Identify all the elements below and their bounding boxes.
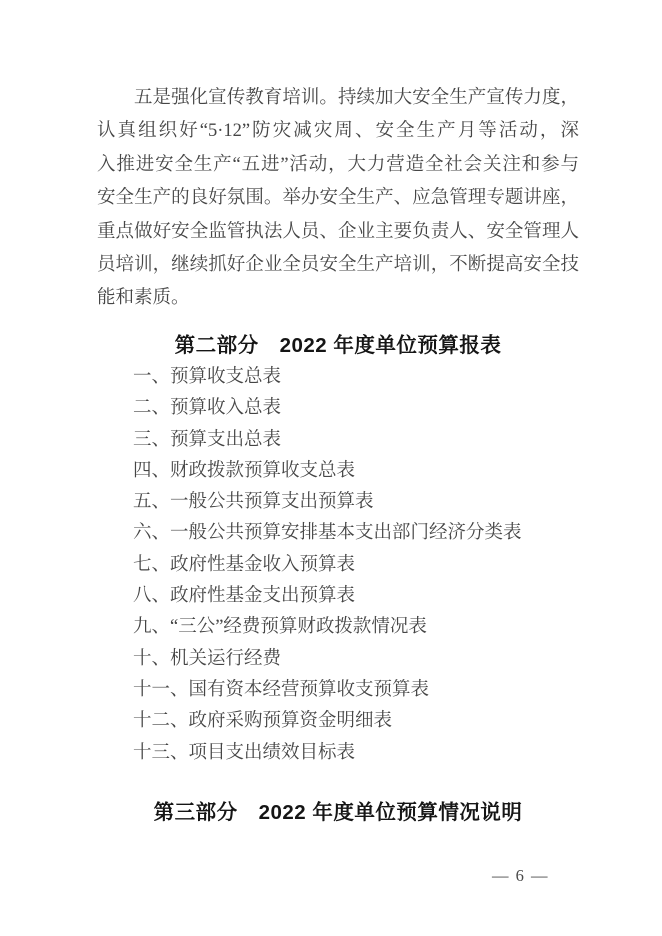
toc-item: 六、一般公共预算安排基本支出部门经济分类表 [133,518,579,549]
section3-heading: 第三部分 2022 年度单位预算情况说明 [97,799,579,827]
toc-item: 五、一般公共预算支出预算表 [133,487,579,518]
paragraph-line: 能和素质。 [97,282,579,315]
toc-item: 八、政府性基金支出预算表 [133,581,579,612]
document-page: 五是强化宣传教育培训。持续加大安全生产宣传力度， 认真组织好“5·12”防灾减灾… [0,0,662,936]
toc-item: 十三、项目支出绩效目标表 [133,738,579,769]
toc-item: 四、财政拨款预算收支总表 [133,456,579,487]
toc-item: 九、“三公”经费预算财政拨款情况表 [133,612,579,643]
paragraph-line: 安全生产的良好氛围。举办安全生产、应急管理专题讲座， [97,182,579,215]
section2-heading: 第二部分 2022 年度单位预算报表 [97,332,579,360]
toc-item: 一、预算收支总表 [133,362,579,393]
toc-item: 十、机关运行经费 [133,644,579,675]
toc-item: 十二、政府采购预算资金明细表 [133,706,579,737]
paragraph-line: 入推进安全生产“五进”活动，大力营造全社会关注和参与 [97,149,579,182]
body-paragraph: 五是强化宣传教育培训。持续加大安全生产宣传力度， 认真组织好“5·12”防灾减灾… [97,82,579,316]
paragraph-line: 五是强化宣传教育培训。持续加大安全生产宣传力度， [97,82,579,115]
toc-item: 三、预算支出总表 [133,425,579,456]
page-number: — 6 — [492,866,549,886]
toc-item: 十一、国有资本经营预算收支预算表 [133,675,579,706]
toc-item: 七、政府性基金收入预算表 [133,550,579,581]
paragraph-line: 员培训，继续抓好企业全员安全生产培训，不断提高安全技 [97,249,579,282]
paragraph-line: 重点做好安全监管执法人员、企业主要负责人、安全管理人 [97,216,579,249]
toc-list: 一、预算收支总表 二、预算收入总表 三、预算支出总表 四、财政拨款预算收支总表 … [133,362,579,769]
toc-item: 二、预算收入总表 [133,393,579,424]
paragraph-line: 认真组织好“5·12”防灾减灾周、安全生产月等活动，深 [97,115,579,148]
